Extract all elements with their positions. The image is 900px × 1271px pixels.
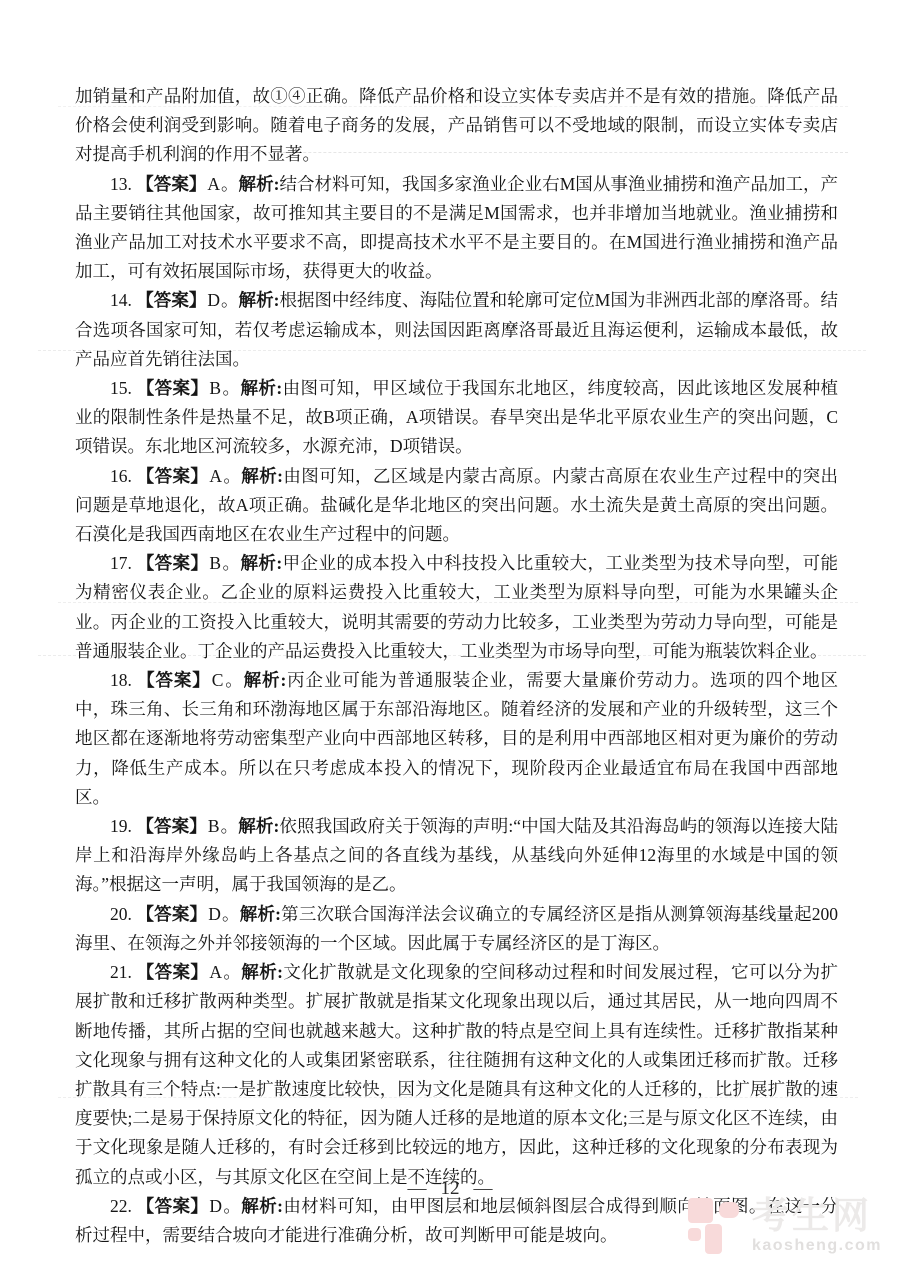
letter-suffix: 。 — [222, 378, 240, 398]
answer-item-17: 17. 【答案】B。解析:甲企业的成本投入中科技投入比重较大，工业类型为技术导向… — [75, 549, 838, 666]
kaosheng-logo-icon — [688, 1196, 742, 1254]
answer-letter: A — [208, 962, 223, 982]
answer-label: 【答案】 — [136, 904, 207, 924]
item-number: 21. — [110, 962, 132, 982]
analysis-label: 解析: — [241, 466, 283, 486]
item-number: 14. — [110, 290, 132, 310]
answer-item-14: 14. 【答案】D。解析:根据图中经纬度、海陆位置和轮廓可定位M国为非洲西北部的… — [75, 286, 838, 374]
analysis-label: 解析: — [240, 378, 282, 398]
analysis-text: 文化扩散就是文化现象的空间移动过程和时间发展过程，它可以分为扩展扩散和迁移扩散两… — [75, 962, 838, 1186]
analysis-label: 解析: — [240, 904, 281, 924]
answer-label: 【答案】 — [136, 174, 206, 194]
analysis-label: 解析: — [241, 962, 283, 982]
answer-letter: C — [211, 670, 225, 690]
logo-block — [719, 1202, 739, 1218]
intro-text: 加销量和产品附加值，故①④正确。降低产品价格和设立实体专卖店并不是有效的措施。降… — [75, 86, 838, 164]
answer-letter: A — [206, 174, 221, 194]
answer-label: 【答案】 — [137, 670, 211, 690]
analysis-label: 解析: — [239, 174, 280, 194]
answer-label: 【答案】 — [136, 816, 206, 836]
analysis-label: 解析: — [244, 670, 287, 690]
page-number-dash-left: — — [408, 1178, 427, 1199]
answer-letter: D — [206, 290, 221, 310]
letter-suffix: 。 — [221, 174, 239, 194]
answer-item-13: 13. 【答案】A。解析:结合材料可知，我国多家渔业企业右M国从事渔业捕捞和渔产… — [75, 170, 838, 287]
kaosheng-watermark: 考生网 kaosheng.com — [688, 1196, 882, 1254]
item-number: 17. — [110, 553, 132, 573]
analysis-label: 解析: — [239, 290, 280, 310]
item-number: 16. — [110, 466, 132, 486]
item-number: 18. — [110, 670, 132, 690]
answer-label: 【答案】 — [137, 553, 209, 573]
answer-letter: B — [208, 553, 222, 573]
answer-letter: B — [207, 816, 221, 836]
answer-label: 【答案】 — [137, 962, 209, 982]
item-number: 13. — [110, 174, 132, 194]
page-number-dash-right: — — [474, 1178, 493, 1199]
letter-suffix: 。 — [224, 670, 243, 690]
letter-suffix: 。 — [223, 962, 241, 982]
answer-item-16: 16. 【答案】A。解析:由图可知，乙区域是内蒙古高原。内蒙古高原在农业生产过程… — [75, 462, 838, 550]
answer-letter: B — [208, 378, 222, 398]
watermark-brand-name: 考生网 — [752, 1197, 882, 1234]
intro-paragraph: 加销量和产品附加值，故①④正确。降低产品价格和设立实体专卖店并不是有效的措施。降… — [75, 82, 838, 170]
page-number-value: 12 — [441, 1178, 460, 1199]
logo-block — [688, 1198, 713, 1223]
watermark-domain: kaosheng.com — [752, 1238, 882, 1254]
answer-item-15: 15. 【答案】B。解析:由图可知，甲区域位于我国东北地区，纬度较高，因此该地区… — [75, 374, 838, 462]
answer-label: 【答案】 — [136, 290, 206, 310]
letter-suffix: 。 — [221, 290, 239, 310]
answer-item-19: 19. 【答案】B。解析:依照我国政府关于领海的声明:“中国大陆及其沿海岛屿的领… — [75, 812, 838, 900]
answer-letter: A — [208, 466, 223, 486]
item-number: 20. — [110, 904, 132, 924]
answer-label: 【答案】 — [137, 466, 209, 486]
logo-block — [705, 1224, 722, 1254]
letter-suffix: 。 — [222, 553, 240, 573]
answer-label: 【答案】 — [137, 378, 209, 398]
watermark-text: 考生网 kaosheng.com — [752, 1197, 882, 1254]
letter-suffix: 。 — [221, 816, 239, 836]
analysis-text: 丙企业可能为普通服装企业，需要大量廉价劳动力。选项的四个地区中，珠三角、长三角和… — [75, 670, 838, 807]
item-number: 15. — [110, 378, 132, 398]
answer-item-21: 21. 【答案】A。解析:文化扩散就是文化现象的空间移动过程和时间发展过程，它可… — [75, 958, 838, 1192]
answer-item-20: 20. 【答案】D。解析:第三次联合国海洋法会议确立的专属经济区是指从测算领海基… — [75, 900, 838, 958]
answer-letter: D — [207, 904, 222, 924]
item-number: 19. — [110, 816, 132, 836]
logo-block — [688, 1228, 701, 1241]
letter-suffix: 。 — [222, 904, 240, 924]
analysis-label: 解析: — [240, 553, 282, 573]
letter-suffix: 。 — [223, 466, 241, 486]
document-page: 加销量和产品附加值，故①④正确。降低产品价格和设立实体专卖店并不是有效的措施。降… — [75, 82, 838, 1250]
answer-item-18: 18. 【答案】C。解析:丙企业可能为普通服装企业，需要大量廉价劳动力。选项的四… — [75, 666, 838, 812]
analysis-label: 解析: — [238, 816, 279, 836]
